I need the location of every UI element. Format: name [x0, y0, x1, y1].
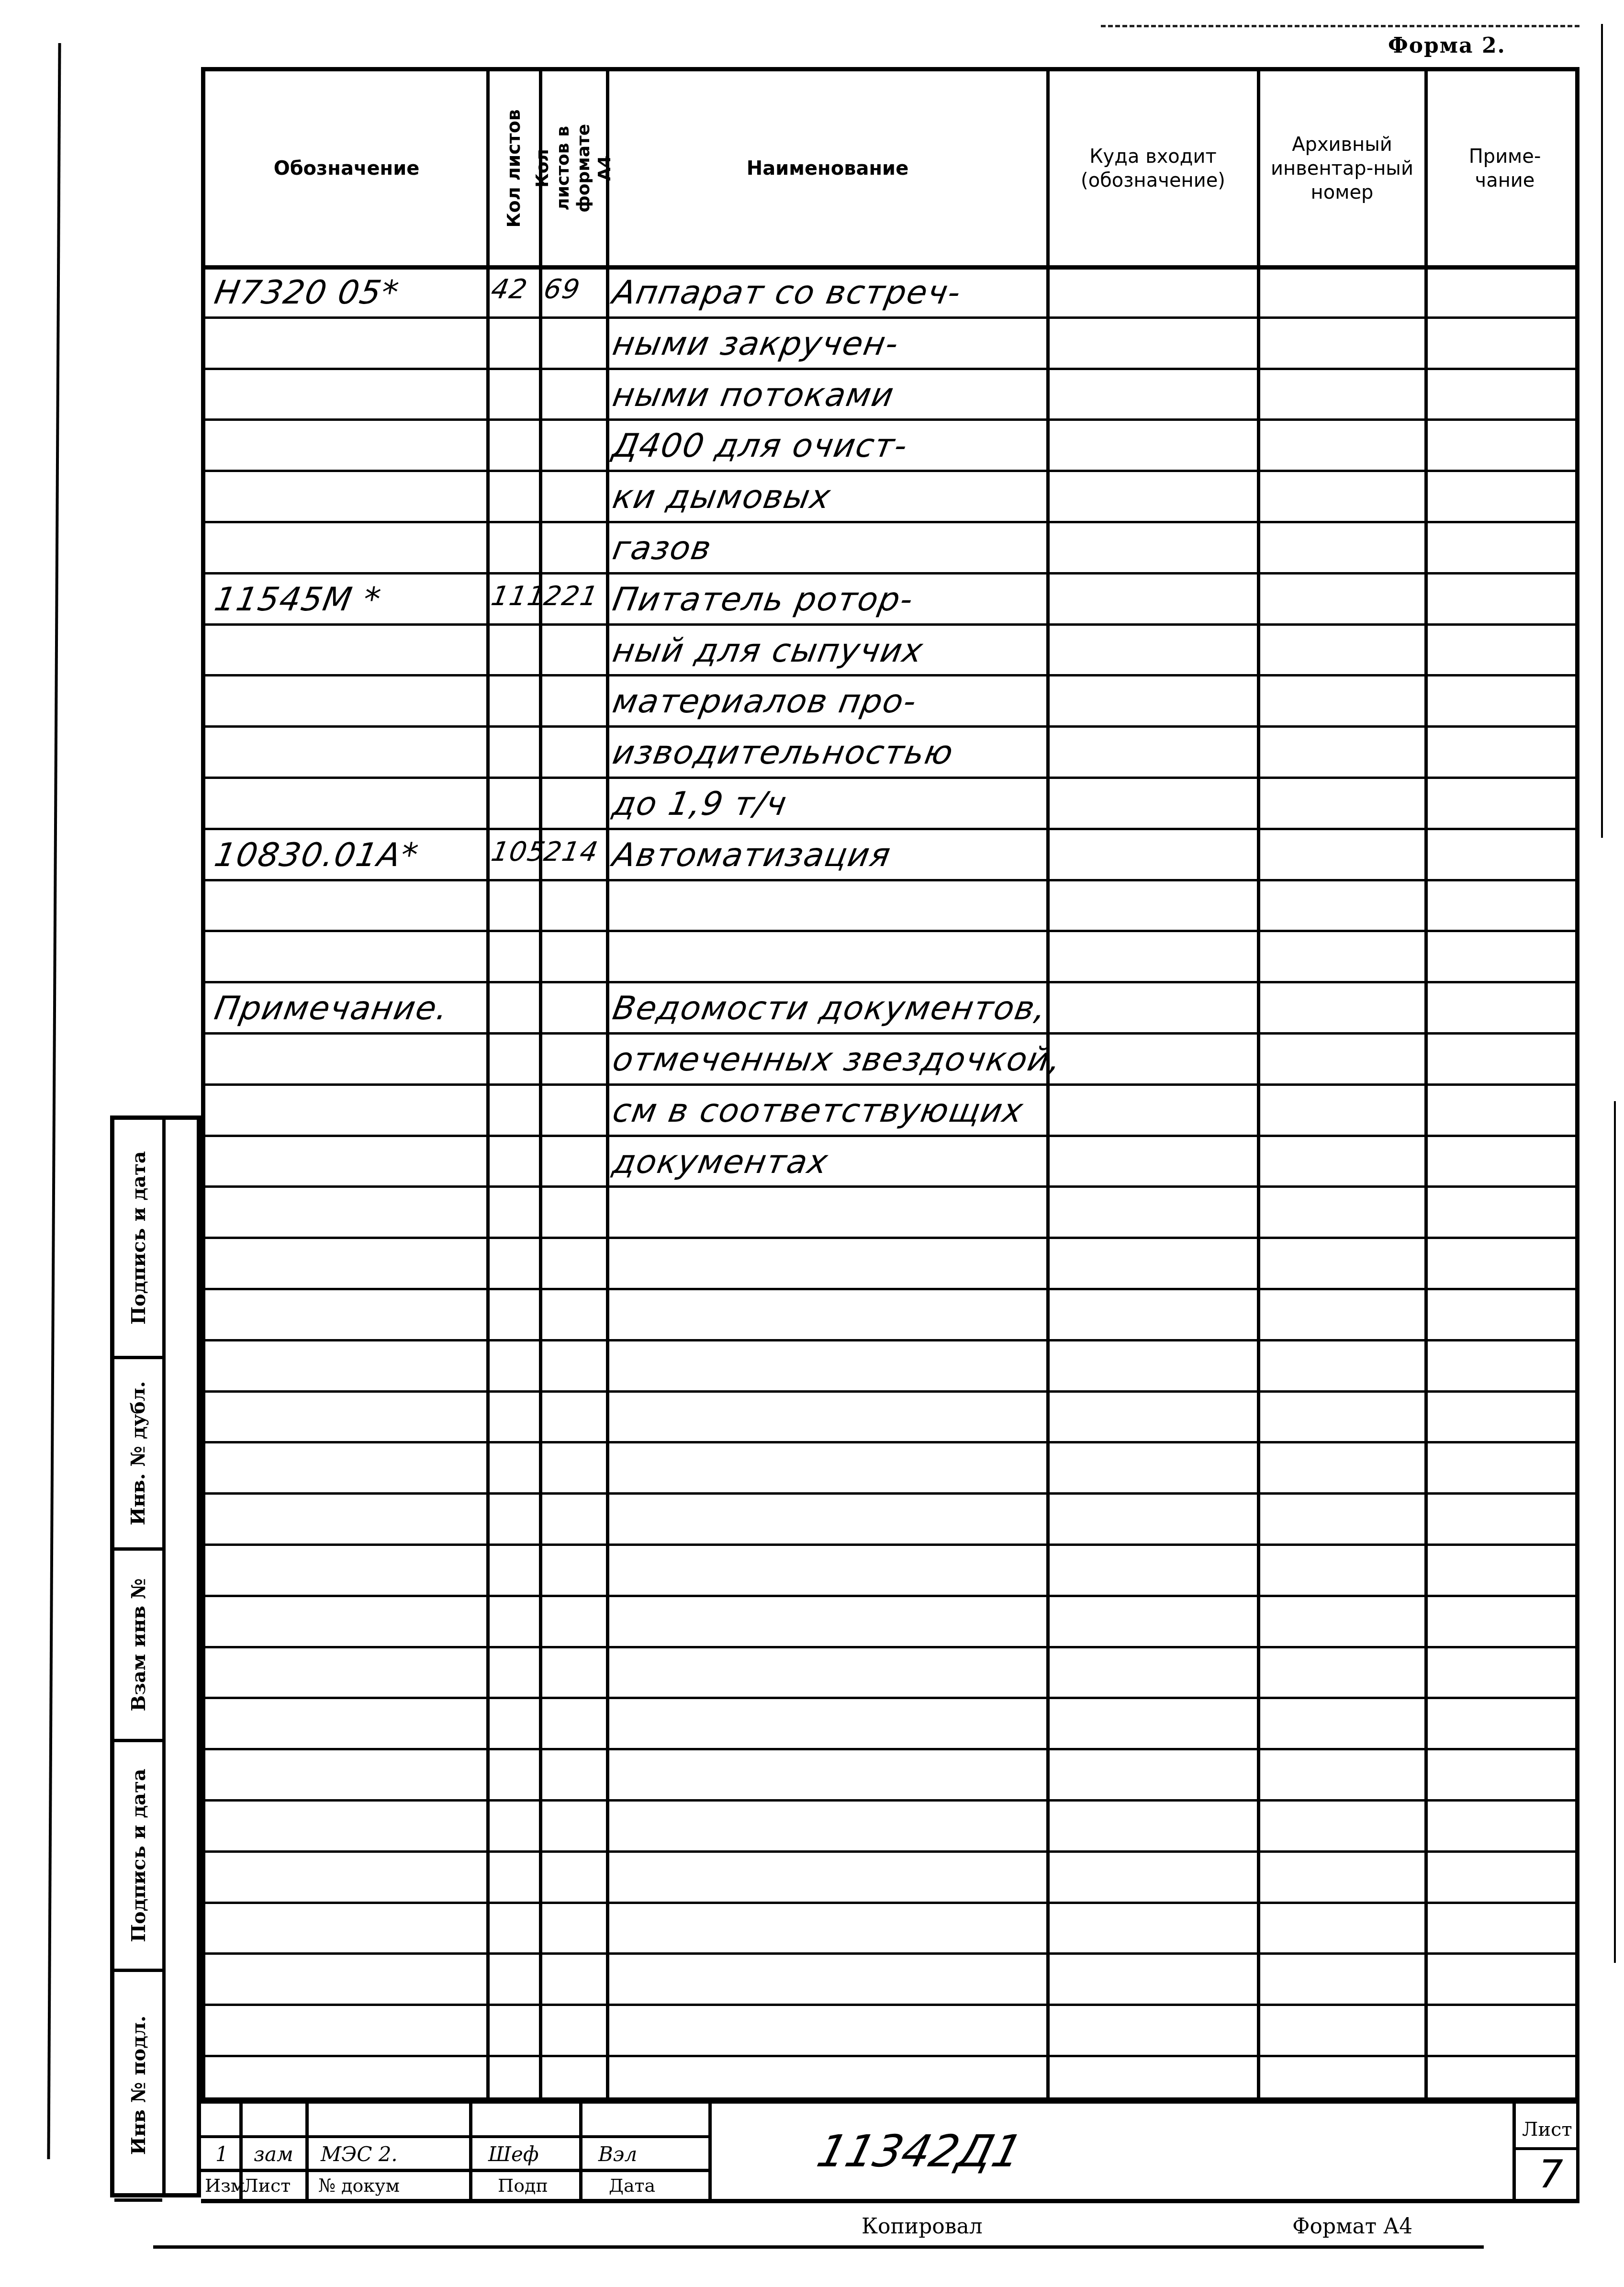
cell-designation: Н7320 05*	[212, 274, 402, 312]
sheet-number: 7	[1539, 2152, 1563, 2197]
row-divider	[205, 2055, 1579, 2057]
header-designation: Обозначение	[205, 71, 488, 265]
cell-designation: 10830.01А*	[212, 836, 422, 874]
side-strip: Подпись и датаИнв. № дубл.Взам инв №Подп…	[110, 1115, 201, 2197]
stamp-label-doc-no: № докум	[318, 2175, 400, 2196]
cell-designation: 11545М *	[212, 581, 384, 619]
form-label: Форма 2.	[1388, 34, 1506, 58]
row-divider	[205, 1646, 1579, 1648]
cell-name: ными потоками	[610, 376, 897, 414]
document-designation: 11342Д1	[812, 2126, 1028, 2177]
cell-name: документах	[610, 1143, 831, 1181]
side-strip-label: Инв. № дубл.	[127, 1381, 150, 1525]
row-divider	[205, 1595, 1579, 1597]
row-divider	[205, 1799, 1579, 1802]
row-divider	[205, 1543, 1579, 1546]
row-divider	[205, 1902, 1579, 1904]
cell-name: газов	[610, 530, 715, 567]
row-divider	[205, 674, 1579, 676]
row-divider	[205, 828, 1579, 830]
side-strip-cell: Инв № подл.	[114, 1972, 162, 2202]
stamp-line	[469, 2099, 472, 2202]
row-divider	[205, 981, 1579, 983]
document-table: Обозначение Кол листов Кол листов вформа…	[201, 67, 1579, 2102]
row-divider	[205, 521, 1579, 523]
header-where-used: Куда входит(обозначение)	[1048, 71, 1258, 265]
cell-name: отмеченных звездочкой,	[610, 1041, 1064, 1079]
cell-sheets-a4: 69	[541, 274, 583, 305]
row-divider	[205, 1135, 1579, 1137]
cell-name: материалов про-	[610, 683, 920, 721]
side-strip-cell: Инв. № дубл.	[114, 1359, 162, 1551]
cell-name: изводительностью	[610, 734, 957, 772]
stamp-line	[201, 2199, 1579, 2203]
row-divider	[205, 1441, 1579, 1443]
side-strip-label: Взам инв №	[127, 1578, 150, 1711]
page-edge-right	[1601, 24, 1603, 838]
cell-sheets-a4: 221	[541, 581, 601, 612]
row-divider	[205, 1237, 1579, 1239]
row-divider	[205, 418, 1579, 421]
row-divider	[205, 777, 1579, 779]
stamp-line	[1576, 2099, 1579, 2202]
row-divider	[205, 368, 1579, 370]
footer-copied: Копировал	[862, 2214, 983, 2239]
row-divider	[205, 265, 1579, 270]
footer-format: Формат А4	[1292, 2214, 1412, 2239]
cell-name: Д400 для очист-	[610, 427, 911, 465]
row-divider	[205, 1032, 1579, 1035]
stamp-line	[201, 2169, 708, 2172]
row-divider	[205, 1185, 1579, 1188]
stamp-label-date: Дата	[609, 2175, 655, 2196]
row-divider	[205, 1492, 1579, 1495]
cell-name: Автоматизация	[610, 836, 894, 874]
stamp-change-izm: 1	[215, 2142, 228, 2166]
cell-name: Питатель ротор-	[610, 581, 917, 619]
side-strip-divider	[162, 1120, 166, 2193]
row-divider	[205, 470, 1579, 472]
stamp-line	[201, 2135, 708, 2138]
stamp-label-izm: Изм	[205, 2175, 245, 2196]
row-divider	[205, 1339, 1579, 1341]
row-divider	[205, 725, 1579, 728]
header-name: Наименование	[607, 71, 1048, 265]
stamp-label-list: Лист	[243, 2175, 291, 2196]
side-strip-label: Инв № подл.	[127, 2016, 150, 2155]
side-strip-label: Подпись и дата	[127, 1151, 150, 1324]
side-strip-cell: Взам инв №	[114, 1551, 162, 1742]
stamp-change-date: Вэл	[598, 2142, 637, 2166]
cell-name: ки дымовых	[610, 478, 834, 516]
row-divider	[205, 1390, 1579, 1393]
page-edge-left	[47, 43, 61, 2159]
stamp-label-sign: Подп	[498, 2175, 548, 2196]
stamp-line	[1512, 2099, 1516, 2202]
row-divider	[205, 1952, 1579, 1955]
cell-name: Ведомости документов,	[610, 990, 1050, 1027]
row-divider	[205, 572, 1579, 575]
cell-designation: Примечание.	[212, 990, 452, 1027]
cell-name: ными закручен-	[610, 325, 902, 363]
stamp-line	[579, 2099, 582, 2202]
cell-sheets-count: 105	[489, 836, 548, 867]
row-divider	[205, 1748, 1579, 1750]
stamp-line	[708, 2099, 712, 2202]
stamp-line	[305, 2099, 309, 2202]
stamp-line	[1512, 2147, 1579, 2150]
row-divider	[205, 879, 1579, 881]
cell-sheets-count: 111	[489, 581, 548, 612]
side-strip-label: Подпись и дата	[127, 1769, 150, 1942]
row-divider	[205, 1850, 1579, 1853]
cell-name: см в соответствующих	[610, 1092, 1027, 1130]
scan-artifact-line	[1101, 25, 1579, 30]
page-edge-right-lower	[1614, 1101, 1616, 1963]
row-divider	[205, 623, 1579, 626]
row-divider	[205, 316, 1579, 319]
title-block: 1 зам МЭС 2. Шеф Вэл Изм Лист № докум По…	[201, 2099, 1579, 2202]
cell-sheets-a4: 214	[541, 836, 601, 867]
row-divider	[205, 1697, 1579, 1699]
header-sheets-a4: Кол листов вформате А4	[540, 71, 607, 265]
footer-rule	[153, 2245, 1484, 2249]
cell-name: ный для сыпучих	[610, 632, 926, 670]
header-archive-no: Архивныйинвентар-ныйномер	[1258, 71, 1426, 265]
side-strip-cell: Подпись и дата	[114, 1742, 162, 1972]
row-divider	[205, 2004, 1579, 2006]
cell-name: Аппарат со встреч-	[610, 274, 964, 312]
stamp-change-sign: Шеф	[488, 2142, 539, 2166]
row-divider	[205, 1083, 1579, 1086]
side-strip-cell: Подпись и дата	[114, 1120, 162, 1359]
row-divider	[205, 930, 1579, 932]
stamp-change-list: зам	[254, 2142, 293, 2166]
cell-name: до 1,9 т/ч	[610, 785, 790, 823]
stamp-line	[201, 2099, 1579, 2104]
header-note: Приме-чание	[1426, 71, 1584, 265]
stamp-change-doc-no: МЭС 2.	[321, 2142, 398, 2166]
cell-sheets-count: 42	[489, 274, 530, 305]
sheet-label: Лист	[1522, 2118, 1572, 2141]
row-divider	[205, 1288, 1579, 1290]
